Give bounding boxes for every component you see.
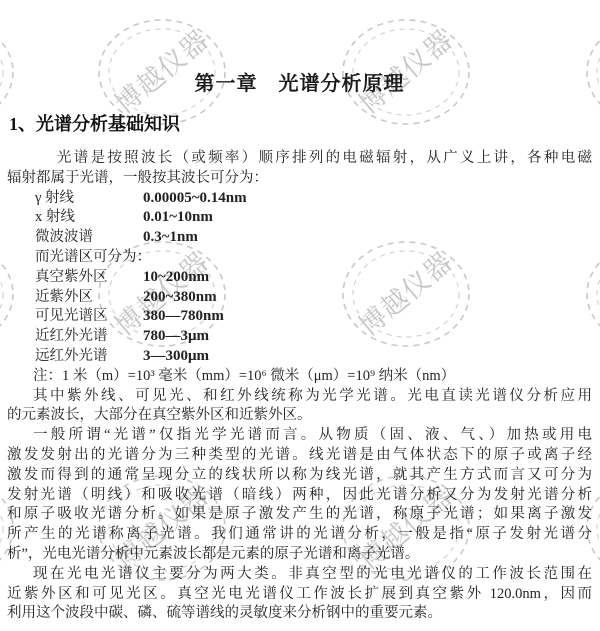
region-row: 远红外光谱 3—300μm <box>7 347 592 367</box>
intro-line-1: 光谱是按照波长（或频率）顺序排列的电磁辐射，从广义上讲，各种电磁 <box>7 149 592 169</box>
para3-line: 和原子吸收光谱分析。如果是原子激发产生的光谱，称原子光谱；如果离子激发 <box>7 505 592 525</box>
para2-line: 其中紫外线、可见光、和红外线统称为光学光谱。光电直读光谱仪分析应用 <box>7 387 592 407</box>
region-label: 可见光谱区 <box>7 307 143 327</box>
wavelength-value: 0.01~10nm <box>143 208 213 228</box>
wavelength-label: γ 射线 <box>7 189 143 209</box>
chapter-title: 第一章 光谱分析原理 <box>7 0 592 98</box>
para3-line: 析”，光电光谱分析中元素波长都是元素的原子光谱和离子光谱。 <box>7 545 592 565</box>
region-value: 780—3μm <box>143 327 209 347</box>
para3-line: 发射光谱（明线）和吸收光谱（暗线）两种，因此光谱分析又分为发射光谱分析 <box>7 486 592 506</box>
para2-line: 的元素波长，大部分在真空紫外区和近紫外区。 <box>7 406 592 426</box>
region-intro: 而光谱区可分为： <box>7 248 592 268</box>
para3-line: 一般所谓“光谱”仅指光学光谱而言。从物质（固、液、气、）加热或用电 <box>7 426 592 446</box>
region-row: 近红外光谱 780—3μm <box>7 327 592 347</box>
region-label: 近紫外区 <box>7 288 143 308</box>
region-row: 可见光谱区 380—780nm <box>7 307 592 327</box>
intro-line-2: 辐射都属于光谱，一般按其波长可分为： <box>7 169 592 189</box>
wavelength-label: 微波波谱 <box>7 228 143 248</box>
body-text: 光谱是按照波长（或频率）顺序排列的电磁辐射，从广义上讲，各种电磁 辐射都属于光谱… <box>7 149 592 624</box>
region-value: 380—780nm <box>143 307 224 327</box>
wavelength-row: 微波波谱 0.3~1nm <box>7 228 592 248</box>
para4-line: 近紫外区和可见光区。真空光电光谱仪工作波长扩展到真空紫外 120.0nm，因而 <box>7 585 592 605</box>
wavelength-value: 0.3~1nm <box>143 228 198 248</box>
wavelength-label: x 射线 <box>7 208 143 228</box>
para3-line: 所产生的光谱称离子光谱。我们通常讲的光谱分析，一般是指“原子发射光谱分 <box>7 525 592 545</box>
region-row: 真空紫外区 10~200nm <box>7 268 592 288</box>
wavelength-row: γ 射线 0.00005~0.14nm <box>7 189 592 209</box>
para3-line: 激发而得到的通常呈现分立的线状所以称为线光谱，就其产生方式而言又可分为 <box>7 466 592 486</box>
para4-line: 现在光电光谱仪主要分为两大类。非真空型的光电光谱仪的工作波长范围在 <box>7 565 592 585</box>
para3-line: 激发发射出的光谱分为三种类型的光谱。线光谱是由气体状态下的原子或离子经 <box>7 446 592 466</box>
region-label: 近红外光谱 <box>7 327 143 347</box>
region-label: 真空紫外区 <box>7 268 143 288</box>
region-row: 近紫外区 200~380nm <box>7 288 592 308</box>
unit-note: 注：1 米（m）=10³ 毫米（mm）=10⁶ 微米（μm）=10⁹ 纳米（nm… <box>7 367 592 387</box>
region-value: 200~380nm <box>143 288 217 308</box>
para4-line: 利用这个波段中碳、磷、硫等谱线的灵敏度来分析钢中的重要元素。 <box>7 604 592 624</box>
region-label: 远红外光谱 <box>7 347 143 367</box>
wavelength-row: x 射线 0.01~10nm <box>7 208 592 228</box>
section-heading: 1、光谱分析基础知识 <box>9 112 592 136</box>
document-page: 博越仪器 第一章 光谱分析原理 1、光谱分析基础知识 光谱是按照波长（或频率）顺… <box>0 0 600 631</box>
region-value: 3—300μm <box>143 347 209 367</box>
document-content: 第一章 光谱分析原理 1、光谱分析基础知识 光谱是按照波长（或频率）顺序排列的电… <box>0 0 600 624</box>
region-value: 10~200nm <box>143 268 209 288</box>
wavelength-value: 0.00005~0.14nm <box>143 189 247 209</box>
